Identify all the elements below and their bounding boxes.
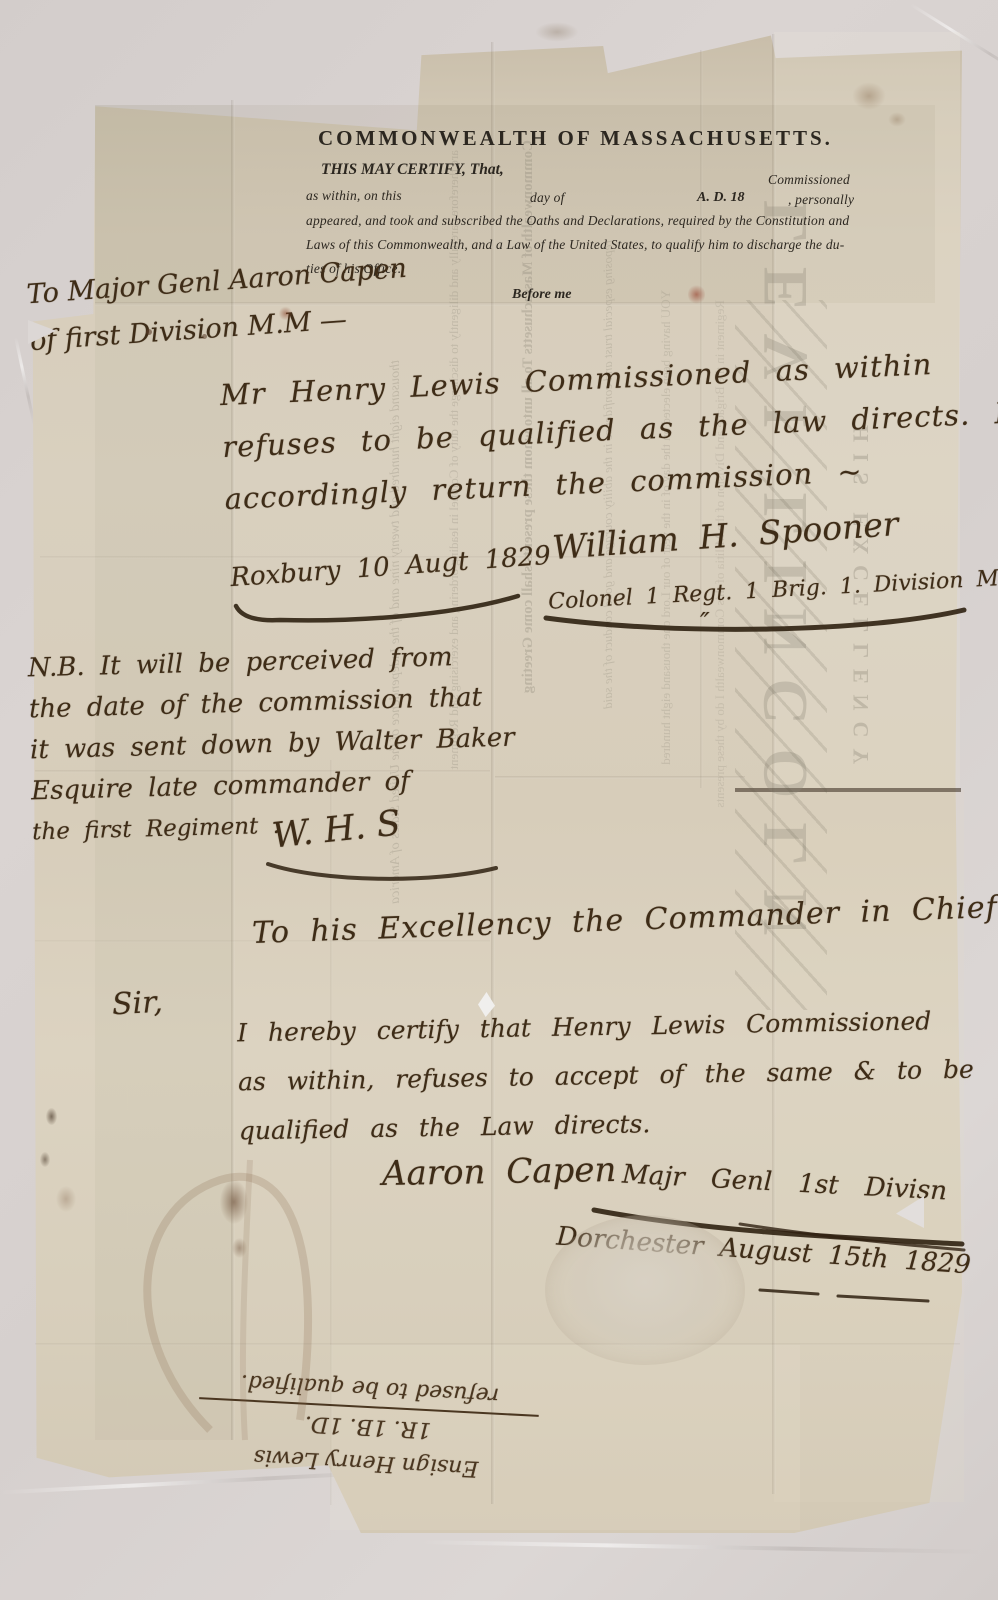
photo-of-document: thousand eight hundred and twenty nine a… bbox=[0, 0, 998, 1600]
backdrop-wrinkle bbox=[420, 1540, 980, 1554]
fold-crease-horizontal bbox=[35, 1343, 960, 1346]
printed-certify-left: THIS MAY CERTIFY, That, bbox=[321, 161, 504, 179]
fold-crease-dark-edge bbox=[735, 788, 961, 792]
stain-smudge bbox=[535, 22, 579, 42]
handwritten-sir: Sir, bbox=[111, 985, 163, 1023]
printed-title: COMMONWEALTH OF MASSACHUSETTS. bbox=[318, 126, 833, 151]
printed-before-me: Before me bbox=[512, 287, 571, 303]
fold-crease-vertical bbox=[772, 34, 776, 1494]
printed-line2-mid: day of bbox=[530, 190, 565, 206]
printed-certify-right: Commissioned bbox=[768, 172, 850, 188]
printed-line2-ad: A. D. 18 bbox=[697, 190, 744, 206]
handwritten-certification: I hereby certify that Henry Lewis Commis… bbox=[237, 996, 975, 1156]
handwritten-ditto-mark: ″ bbox=[700, 608, 710, 638]
handwritten-signature-capen: Aaron Capen bbox=[382, 1150, 617, 1194]
printed-line2-right: , personally bbox=[788, 192, 854, 208]
handwritten-docket: Ensign Henry Lewis 1R. 1B. 1D. refused t… bbox=[195, 1361, 540, 1489]
fold-crease-horizontal bbox=[495, 776, 745, 779]
printed-line2-left: as within, on this bbox=[306, 188, 402, 204]
printed-line3: appeared, and took and subscribed the Oa… bbox=[306, 213, 849, 229]
